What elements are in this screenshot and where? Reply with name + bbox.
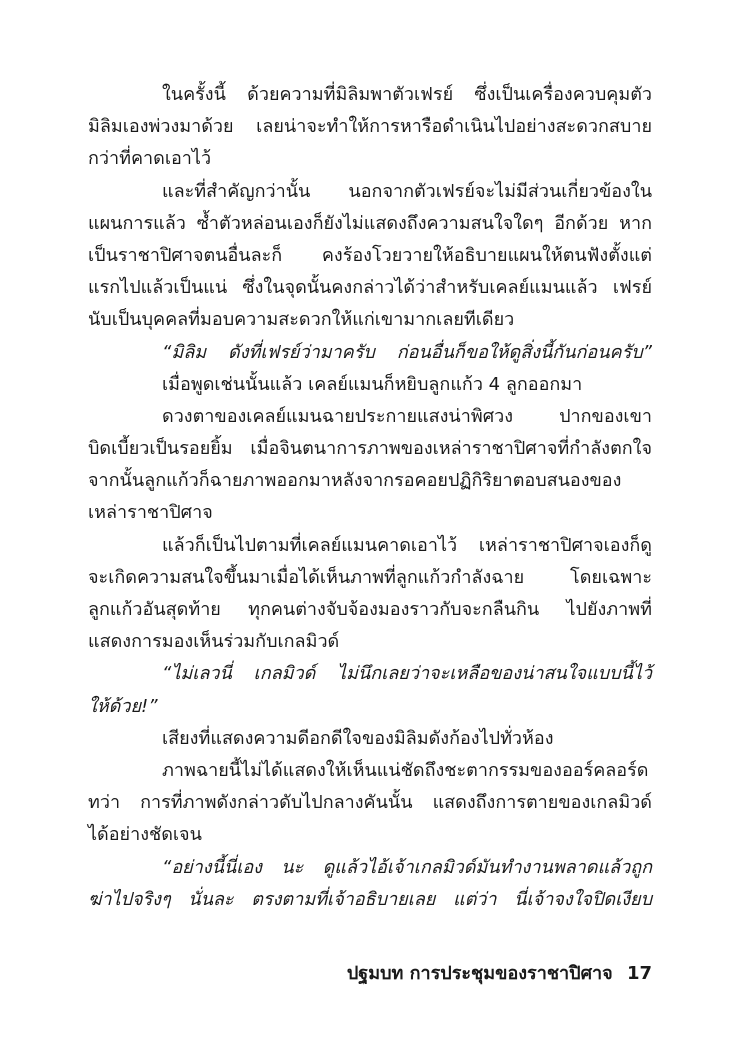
text-line: แล้วก็เป็นไปตามที่เคลย์แมนคาดเอาไว้ เหล่… bbox=[88, 530, 652, 562]
text-line: จะเกิดความสนใจขึ้นมาเมื่อได้เห็นภาพที่ลู… bbox=[88, 562, 652, 594]
page-number: 17 bbox=[627, 963, 652, 984]
text-line: และที่สำคัญกว่านั้น นอกจากตัวเฟรย์จะไม่ม… bbox=[88, 176, 652, 208]
text-line: แสดงการมองเห็นร่วมกับเกลมิวด์ bbox=[88, 626, 652, 658]
text-line: เป็นราชาปิศาจตนอื่นละก็ คงร้องโวยวายให้อ… bbox=[88, 240, 652, 272]
text-line: บิดเบี้ยวเป็นรอยยิ้ม เมื่อจินตนาการภาพขอ… bbox=[88, 433, 652, 465]
text-line: กว่าที่คาดเอาไว้ bbox=[88, 143, 652, 175]
text-line: ในครั้งนี้ ด้วยความที่มิลิมพาตัวเฟรย์ ซึ… bbox=[88, 79, 652, 111]
page-footer: ปฐมบท การประชุมของราชาปิศาจ 17 bbox=[347, 958, 652, 987]
text-line: เสียงที่แสดงความดีอกดีใจของมิลิมดังก้องไ… bbox=[88, 723, 652, 755]
text-line: มิลิมเองพ่วงมาด้วย เลยน่าจะทำให้การหารือ… bbox=[88, 111, 652, 143]
running-title: ปฐมบท การประชุมของราชาปิศาจ bbox=[347, 963, 613, 984]
text-line: ภาพฉายนี้ไม่ได้แสดงให้เห็นแน่ชัดถึงชะตาก… bbox=[88, 755, 652, 787]
text-line: เมื่อพูดเช่นนั้นแล้ว เคลย์แมนก็หยิบลูกแก… bbox=[88, 369, 652, 401]
text-line: “มิลิม ดังที่เฟรย์ว่ามาครับ ก่อนอื่นก็ขอ… bbox=[88, 337, 652, 369]
text-line: ลูกแก้วอันสุดท้าย ทุกคนต่างจับจ้องมองราว… bbox=[88, 594, 652, 626]
text-line: ทว่า การที่ภาพดังกล่าวดับไปกลางคันนั้น แ… bbox=[88, 787, 652, 819]
book-page: ในครั้งนี้ ด้วยความที่มิลิมพาตัวเฟรย์ ซึ… bbox=[0, 0, 738, 1051]
text-line: เหล่าราชาปิศาจ bbox=[88, 497, 652, 529]
text-line: แรกไปแล้วเป็นแน่ ซึ่งในจุดนั้นคงกล่าวได้… bbox=[88, 272, 652, 304]
text-line: “อย่างนี้นี่เอง นะ ดูแล้วไอ้เจ้าเกลมิวด์… bbox=[88, 852, 652, 884]
text-line: จากนั้นลูกแก้วก็ฉายภาพออกมาหลังจากรอคอยป… bbox=[88, 465, 652, 497]
text-line: แผนการแล้ว ซ้ำตัวหล่อนเองก็ยังไม่แสดงถึง… bbox=[88, 208, 652, 240]
text-line: ฆ่าไปจริงๆ นั่นละ ตรงตามที่เจ้าอธิบายเลย… bbox=[88, 884, 652, 916]
text-line: ให้ด้วย!” bbox=[88, 691, 652, 723]
text-line: ดวงตาของเคลย์แมนฉายประกายแสงน่าพิศวง ปาก… bbox=[88, 401, 652, 433]
text-line: ได้อย่างชัดเจน bbox=[88, 819, 652, 851]
body-text: ในครั้งนี้ ด้วยความที่มิลิมพาตัวเฟรย์ ซึ… bbox=[88, 79, 652, 916]
text-line: “ไม่เลวนี่ เกลมิวด์ ไม่นึกเลยว่าจะเหลือข… bbox=[88, 658, 652, 690]
text-line: นับเป็นบุคคลที่มอบความสะดวกให้แก่เขามากเ… bbox=[88, 304, 652, 336]
